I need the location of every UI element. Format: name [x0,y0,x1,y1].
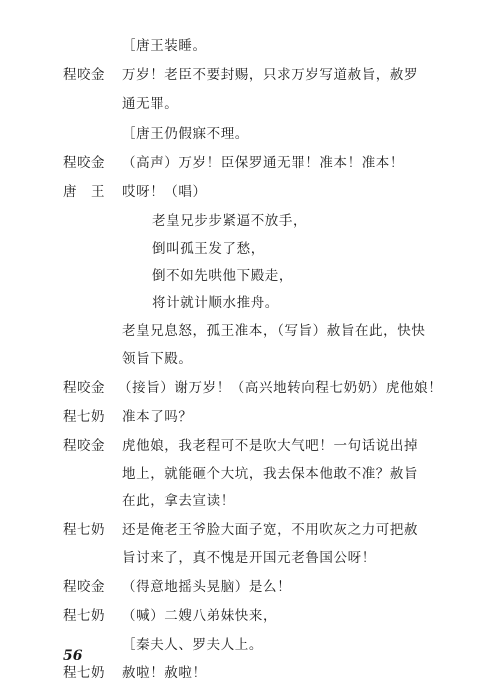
speaker-name: 程咬金 [63,579,105,595]
verse-line: 倒叫孤王发了愁， [152,241,265,257]
speaker-name: 唐 王 [63,184,105,200]
dialogue-text: 赦啦！赦啦！ [122,665,207,681]
dialogue-text: 万岁！老臣不要封赐，只求万岁写道赦旨，赦罗 [122,67,418,83]
verse-line: 老皇兄步步紧逼不放手， [152,213,307,229]
speaker-name: 程咬金 [63,380,105,396]
dialogue-text: （高声）万岁！臣保罗通无罪！准本！准本！ [122,155,404,171]
dialogue-text: 还是俺老王爷脸大面子宽，不用吹灰之力可把赦 [122,522,418,538]
speaker-name: 程七奶 [63,665,105,681]
speaker-name: 程七奶 [63,522,105,538]
stage-direction: ［唐王装睡。 [122,38,207,54]
speaker-name: 程咬金 [63,438,105,454]
dialogue-continuation: 旨讨来了，真不愧是开国元老鲁国公呀！ [122,550,376,566]
verse-line: 倒不如先哄他下殿走， [152,268,293,284]
speaker-name: 程咬金 [63,155,105,171]
dialogue-continuation: 在此，拿去宣读！ [122,493,235,509]
dialogue-text: （得意地摇头晃脑）是么！ [122,579,291,595]
verse-line: 将计就计顺水推舟。 [152,295,279,311]
stage-direction: ［秦夫人、罗夫人上。 [122,637,263,653]
dialogue-continuation: 老皇兄息怒，孤王准本，（写旨）赦旨在此，快快 [122,323,425,339]
dialogue-text: 准本了吗？ [122,409,193,425]
speaker-name: 程七奶 [63,608,105,624]
page-number: 56 [63,648,82,664]
dialogue-continuation: 领旨下殿。 [122,351,193,367]
speaker-name: 程咬金 [63,67,105,83]
dialogue-text: （接旨）谢万岁！（高兴地转向程七奶奶）虎他娘！ [118,380,442,396]
speaker-name: 程七奶 [63,409,105,425]
script-page: ［唐王装睡。 程咬金 万岁！老臣不要封赐，只求万岁写道赦旨，赦罗 通无罪。 ［唐… [0,0,502,690]
dialogue-text: 哎呀！（唱） [122,184,207,200]
dialogue-continuation: 地上，就能砸个大坑，我去保本他敢不准？赦旨 [122,466,418,482]
dialogue-text: （喊）二嫂八弟妹快来， [122,608,277,624]
dialogue-text: 虎他娘，我老程可不是吹大气吧！一句话说出掉 [122,438,418,454]
dialogue-continuation: 通无罪。 [122,96,178,112]
stage-direction: ［唐王仍假寐不理。 [122,126,249,142]
